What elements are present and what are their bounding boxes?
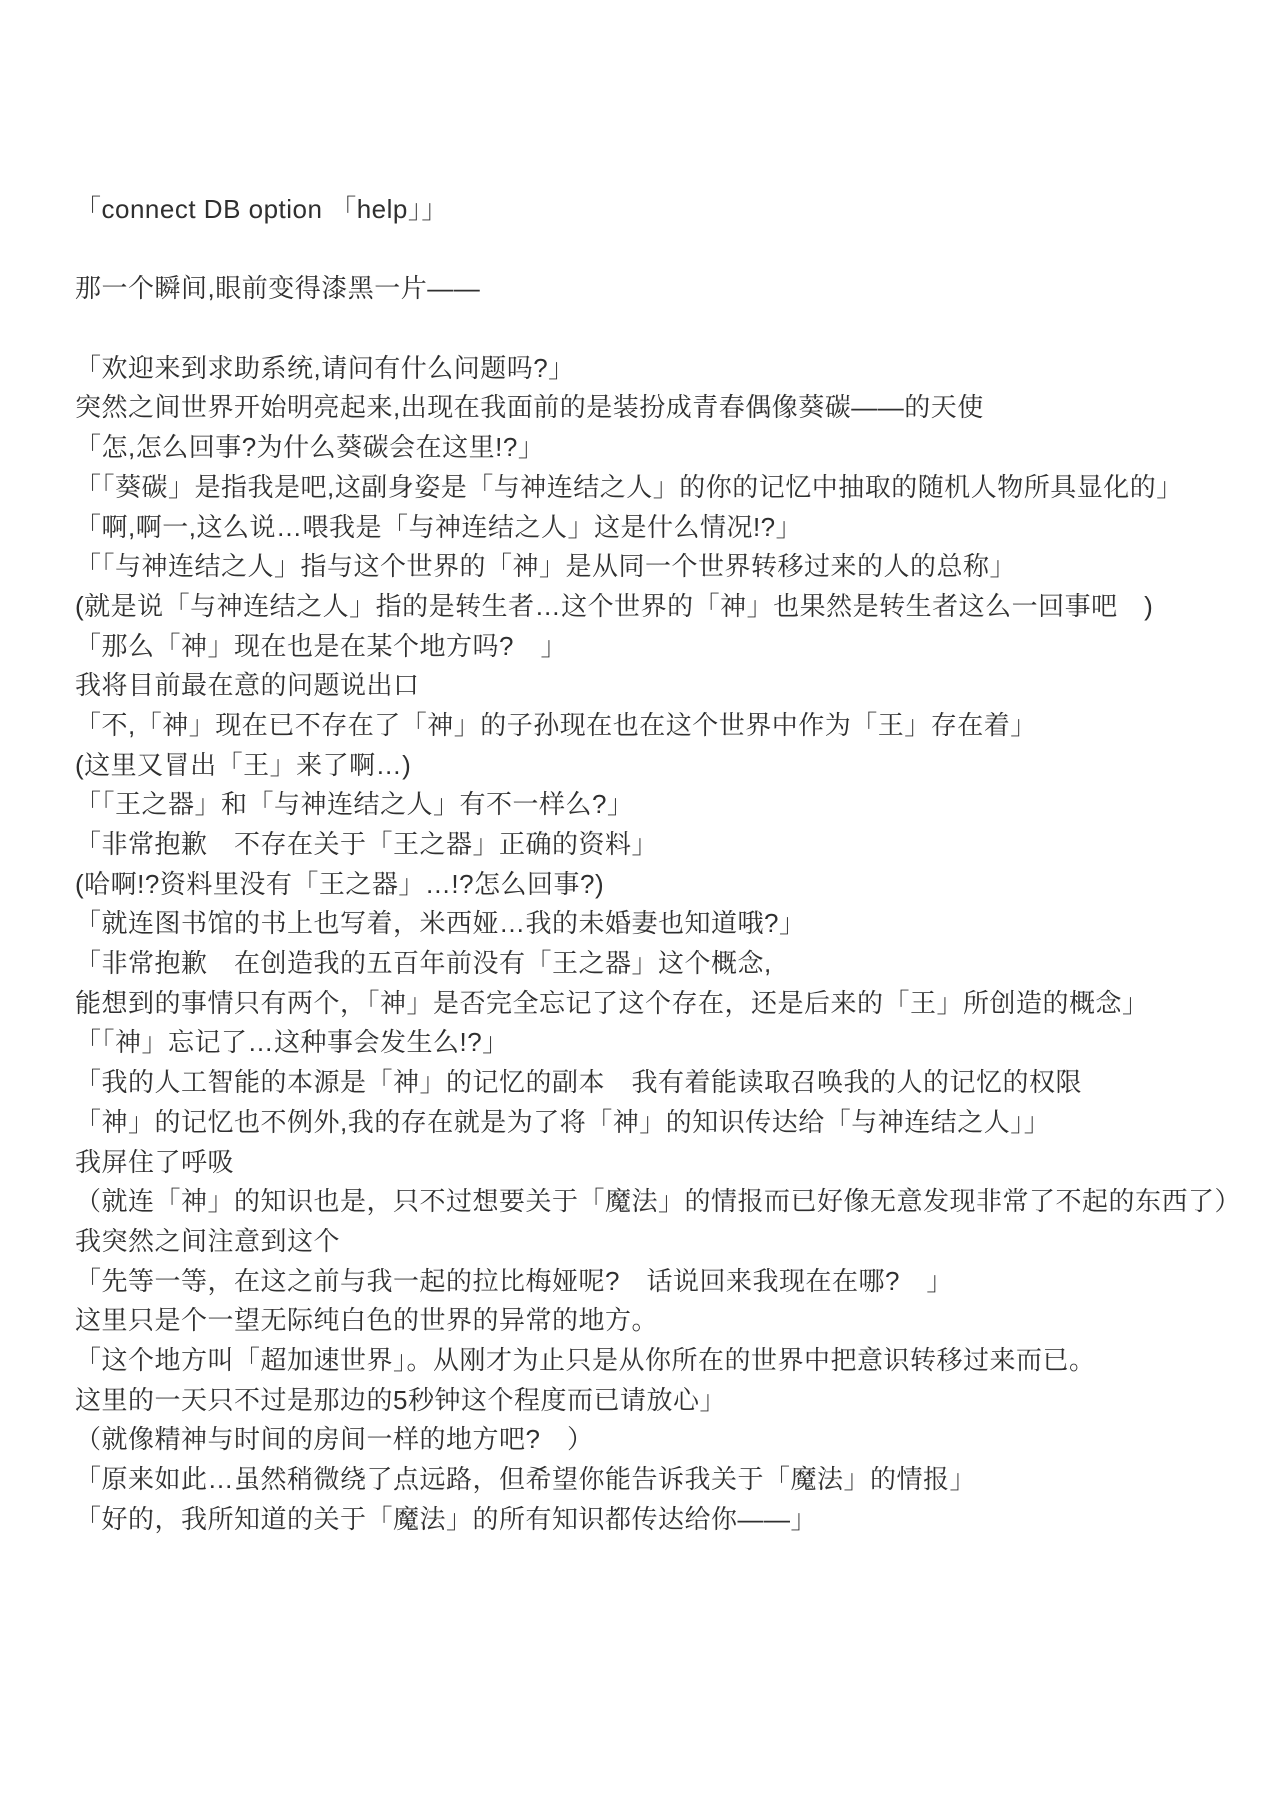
text-line: 「这个地方叫「超加速世界」。从刚才为止只是从你所在的世界中把意识转移过来而已。 bbox=[75, 1341, 1250, 1381]
text-line: 「怎,怎么回事?为什么葵碳会在这里!?」 bbox=[75, 428, 1250, 468]
text-line: 这里只是个一望无际纯白色的世界的异常的地方。 bbox=[75, 1301, 1250, 1341]
text-line: 「非常抱歉 在创造我的五百年前没有「王之器」这个概念, bbox=[75, 944, 1250, 984]
text-line: (哈啊!?资料里没有「王之器」…!?怎么回事?) bbox=[75, 865, 1250, 905]
text-line: 「非常抱歉 不存在关于「王之器」正确的资料」 bbox=[75, 825, 1250, 865]
text-line: 这里的一天只不过是那边的5秒钟这个程度而已请放心」 bbox=[75, 1381, 1250, 1421]
text-line: （就连「神」的知识也是，只不过想要关于「魔法」的情报而已好像无意发现非常了不起的… bbox=[75, 1182, 1250, 1222]
text-line: 「啊,啊一,这么说…喂我是「与神连结之人」这是什么情况!?」 bbox=[75, 508, 1250, 548]
text-line: (就是说「与神连结之人」指的是转生者…这个世界的「神」也果然是转生者这么一回事吧… bbox=[75, 587, 1250, 627]
text-line: 「就连图书馆的书上也写着，米西娅…我的未婚妻也知道哦?」 bbox=[75, 904, 1250, 944]
text-line: 「神」的记忆也不例外,我的存在就是为了将「神」的知识传达给「与神连结之人」」 bbox=[75, 1103, 1250, 1143]
text-line: 我屏住了呼吸 bbox=[75, 1143, 1250, 1183]
text-line: 「「与神连结之人」指与这个世界的「神」是从同一个世界转移过来的人的总称」 bbox=[75, 547, 1250, 587]
text-line: 「原来如此…虽然稍微绕了点远路，但希望你能告诉我关于「魔法」的情报」 bbox=[75, 1460, 1250, 1500]
text-line: 「我的人工智能的本源是「神」的记忆的副本 我有着能读取召唤我的人的记忆的权限 bbox=[75, 1063, 1250, 1103]
text-line: 那一个瞬间,眼前变得漆黑一片—— bbox=[75, 269, 1250, 309]
text-line: 我突然之间注意到这个 bbox=[75, 1222, 1250, 1262]
text-line: 能想到的事情只有两个，「神」是否完全忘记了这个存在，还是后来的「王」所创造的概念… bbox=[75, 984, 1250, 1024]
page-text: 「connect DB option 「help」」 那一个瞬间,眼前变得漆黑一… bbox=[75, 190, 1250, 1539]
novel-page: 「connect DB option 「help」」 那一个瞬间,眼前变得漆黑一… bbox=[0, 0, 1280, 1808]
text-line: 突然之间世界开始明亮起来,出现在我面前的是装扮成青春偶像葵碳——的天使 bbox=[75, 388, 1250, 428]
text-line: 「「葵碳」是指我是吧,这副身姿是「与神连结之人」的你的记忆中抽取的随机人物所具显… bbox=[75, 468, 1250, 508]
blank-line bbox=[75, 230, 1250, 270]
text-line: 「欢迎来到求助系统,请问有什么问题吗?」 bbox=[75, 349, 1250, 389]
text-line: 「「神」忘记了…这种事会发生么!?」 bbox=[75, 1023, 1250, 1063]
text-line: 「「王之器」和「与神连结之人」有不一样么?」 bbox=[75, 785, 1250, 825]
text-line: 我将目前最在意的问题说出口 bbox=[75, 666, 1250, 706]
text-line: 「connect DB option 「help」」 bbox=[75, 190, 1250, 230]
blank-line bbox=[75, 309, 1250, 349]
text-line: 「好的，我所知道的关于「魔法」的所有知识都传达给你——」 bbox=[75, 1500, 1250, 1540]
text-line: （就像精神与时间的房间一样的地方吧? ） bbox=[75, 1420, 1250, 1460]
text-line: 「先等一等，在这之前与我一起的拉比梅娅呢? 话说回来我现在在哪? 」 bbox=[75, 1262, 1250, 1302]
text-line: (这里又冒出「王」来了啊…) bbox=[75, 746, 1250, 786]
text-line: 「那么「神」现在也是在某个地方吗? 」 bbox=[75, 627, 1250, 667]
text-line: 「不,「神」现在已不存在了「神」的子孙现在也在这个世界中作为「王」存在着」 bbox=[75, 706, 1250, 746]
